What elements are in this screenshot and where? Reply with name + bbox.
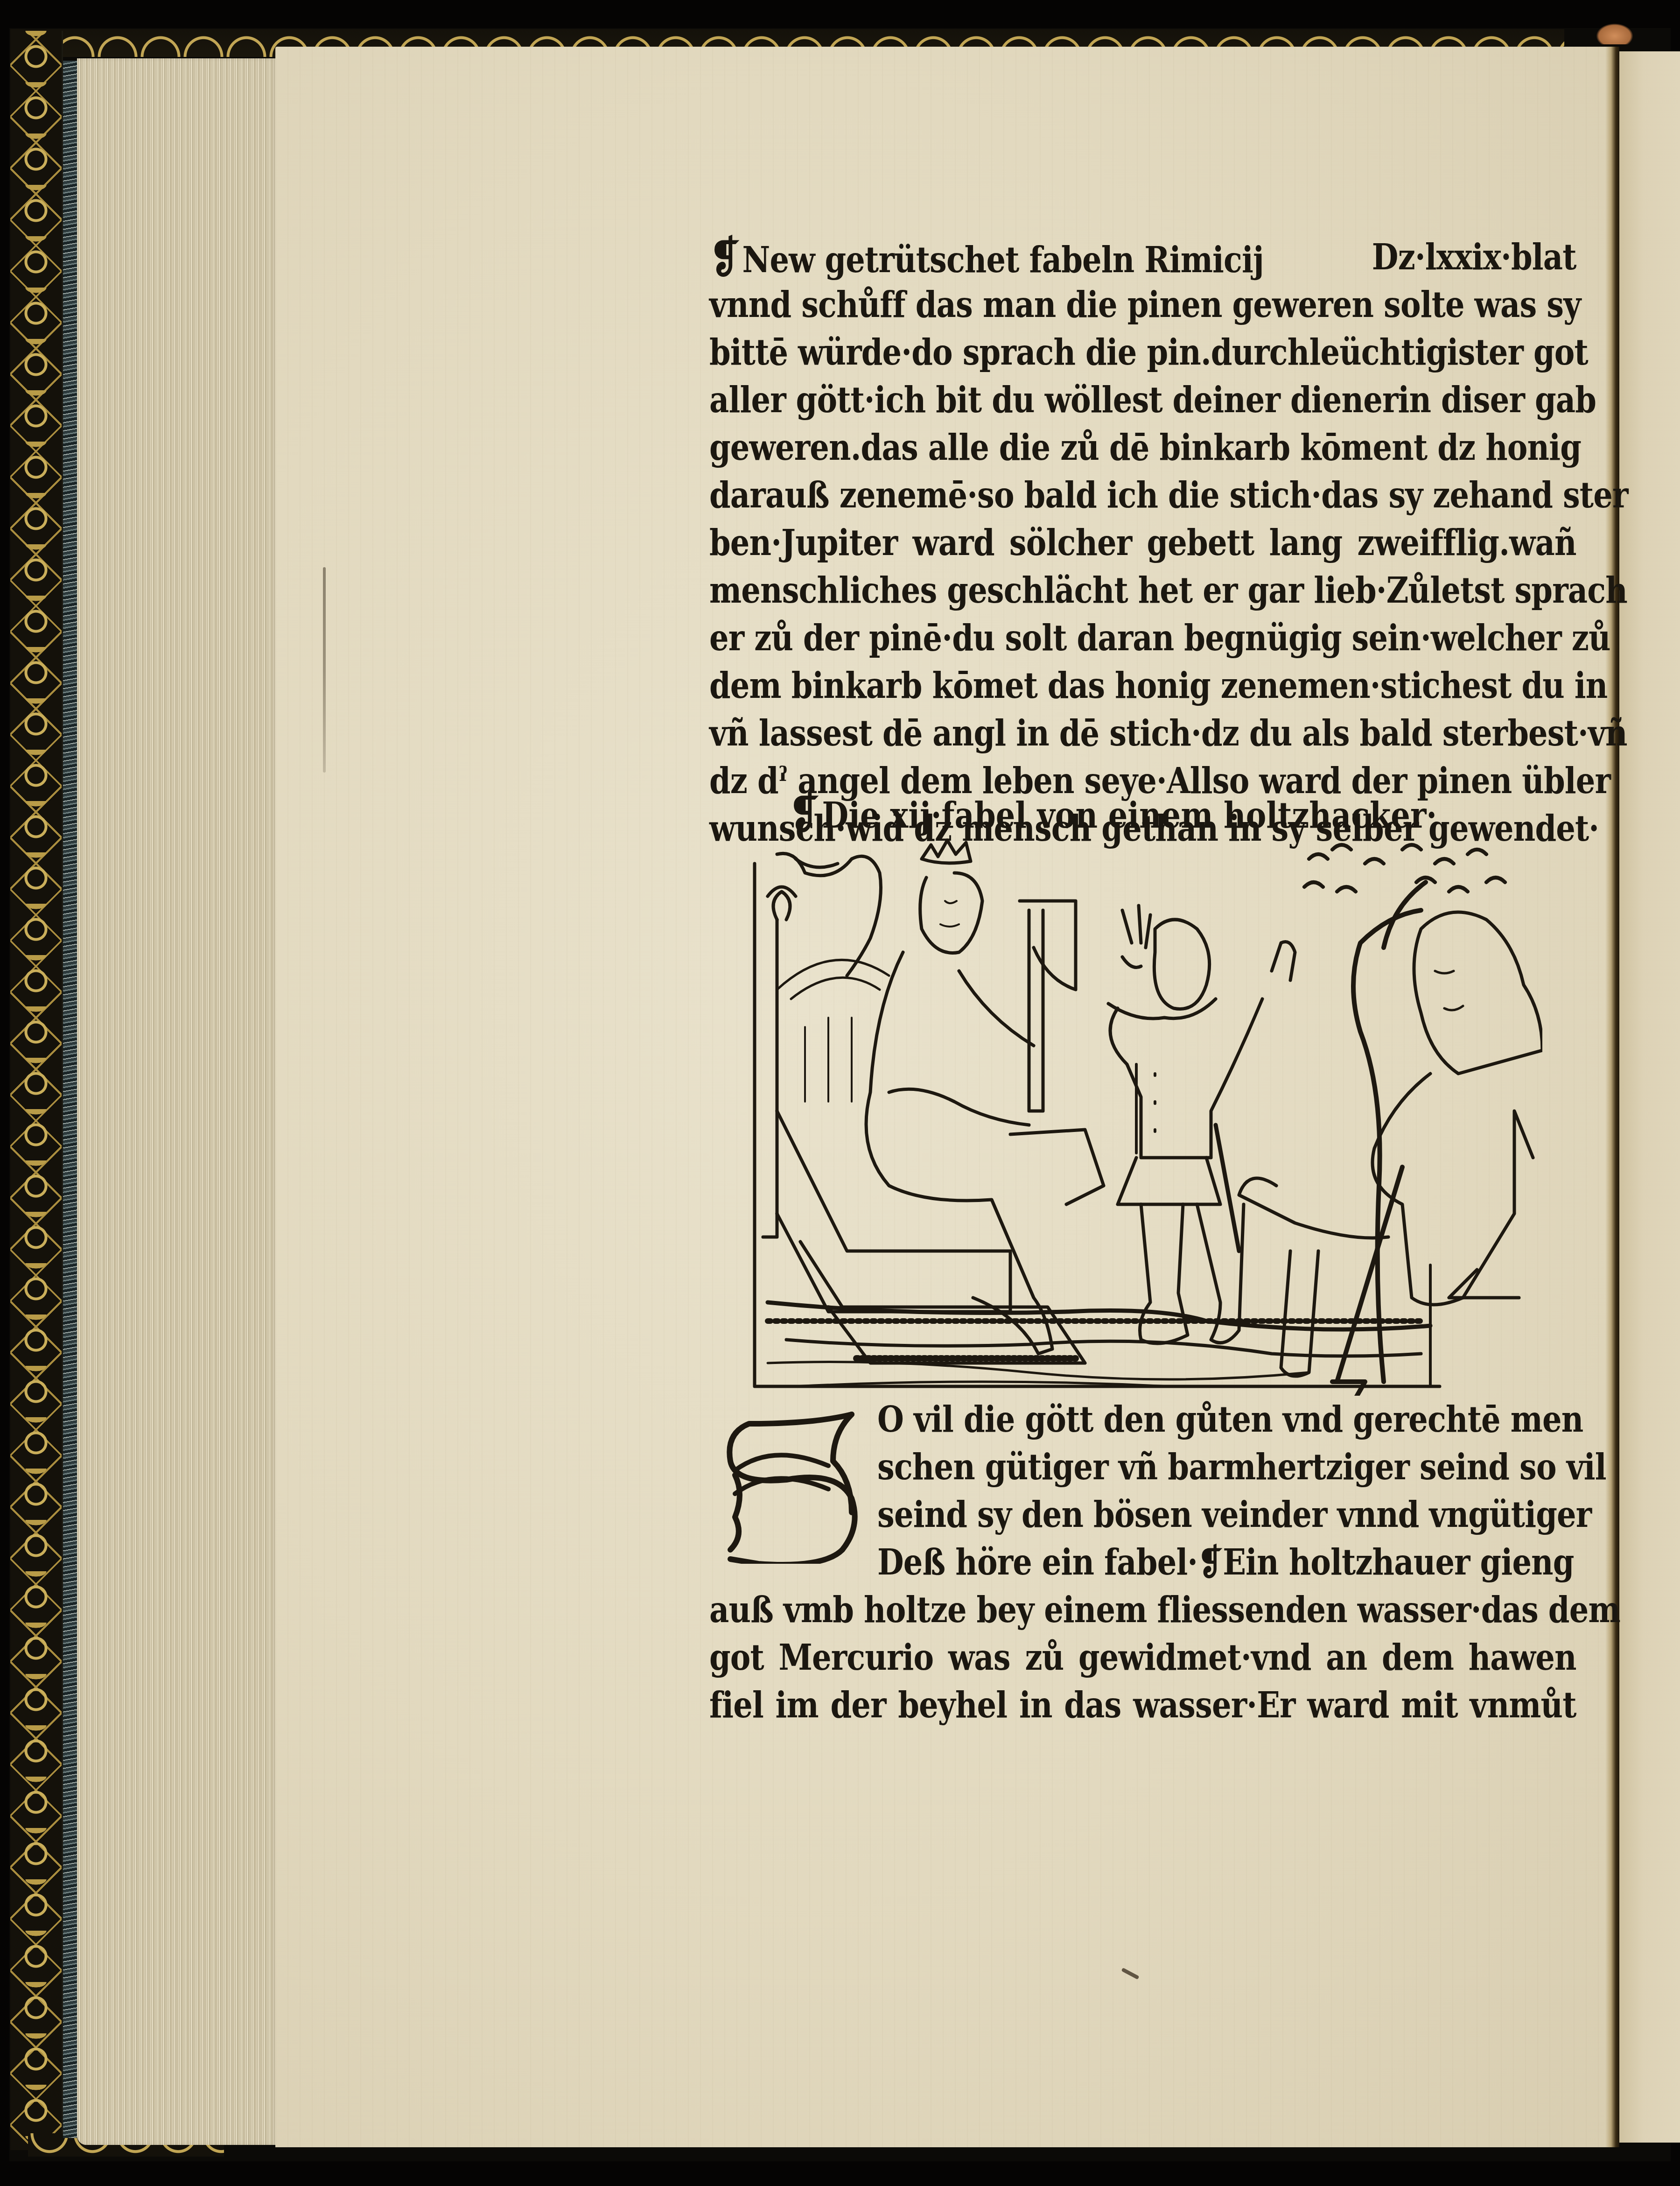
text-line: bittē würde·do sprach die pin.durchleüch… [709,329,1576,376]
running-head-title: New getrütschet fabeln Rimicij [742,239,1264,281]
text-line: schen gütiger vñ barmhertziger seind so … [877,1443,1568,1491]
text-line: fiel im der beyhel in das wasser·Er ward… [709,1681,1576,1729]
marbled-endpaper [63,61,77,2138]
text-line: darauß zenemē·so bald ich die stich·das … [709,471,1576,519]
text-line: menschliches geschlächt het er gar lieb·… [709,567,1576,614]
marginal-pencil-mark [323,567,326,773]
text-line: aller gött·ich bit du wöllest deiner die… [709,376,1576,424]
chapter-heading-text: Die xij·fabel von einem holtzhacker· [822,794,1437,836]
text-line: vnnd schůff das man die pinen geweren so… [709,281,1576,329]
upper-text-block: ❡New getrütschet fabeln Rimicij Dz·lxxix… [709,233,1577,852]
woodcut-illustration [749,831,1542,1396]
text-line: er zů der pinē·du solt daran begnügig se… [709,614,1576,662]
decorative-initial-s [716,1396,870,1564]
running-head: ❡New getrütschet fabeln Rimicij Dz·lxxix… [709,233,1576,281]
gutter-shadow [1605,47,1619,2147]
lower-text-block: auß vmb holtze bey einem fliessenden was… [709,1586,1577,1729]
text-line: ben·Jupiter ward sölcher gebett lang zwe… [709,519,1576,567]
text-line: dem binkarb kōmet das honig zenemen·stic… [709,662,1576,710]
text-line: auß vmb holtze bey einem fliessenden was… [709,1586,1576,1634]
paragraph-mark-icon: ❡ [789,789,819,836]
text-line: O vil die gött den gůten vnd gerechtē me… [877,1396,1568,1443]
text-line: seind sy den bösen veinder vnnd vngütige… [877,1491,1568,1539]
initial-text-block: O vil die gött den gůten vnd gerechtē me… [877,1396,1577,1586]
gilt-tooled-border-left [10,31,63,2150]
paragraph-mark-icon: ❡ [709,233,740,281]
text-line: got Mercurio was zů gewidmet·vnd an dem … [709,1634,1576,1681]
folio-number: Dz·lxxix·blat [1372,233,1576,281]
page-edges-stack [77,58,278,2145]
text-line: vñ lassest dē angl in dē stich·dz du als… [709,710,1576,757]
text-line: geweren.das alle die zů dē binkarb kōmen… [709,424,1576,471]
headband-top [1596,23,1633,44]
facing-leaf-edge [1619,51,1680,2143]
text-line: Deß höre ein fabel·❡Ein holtzhauer gieng [877,1539,1568,1586]
